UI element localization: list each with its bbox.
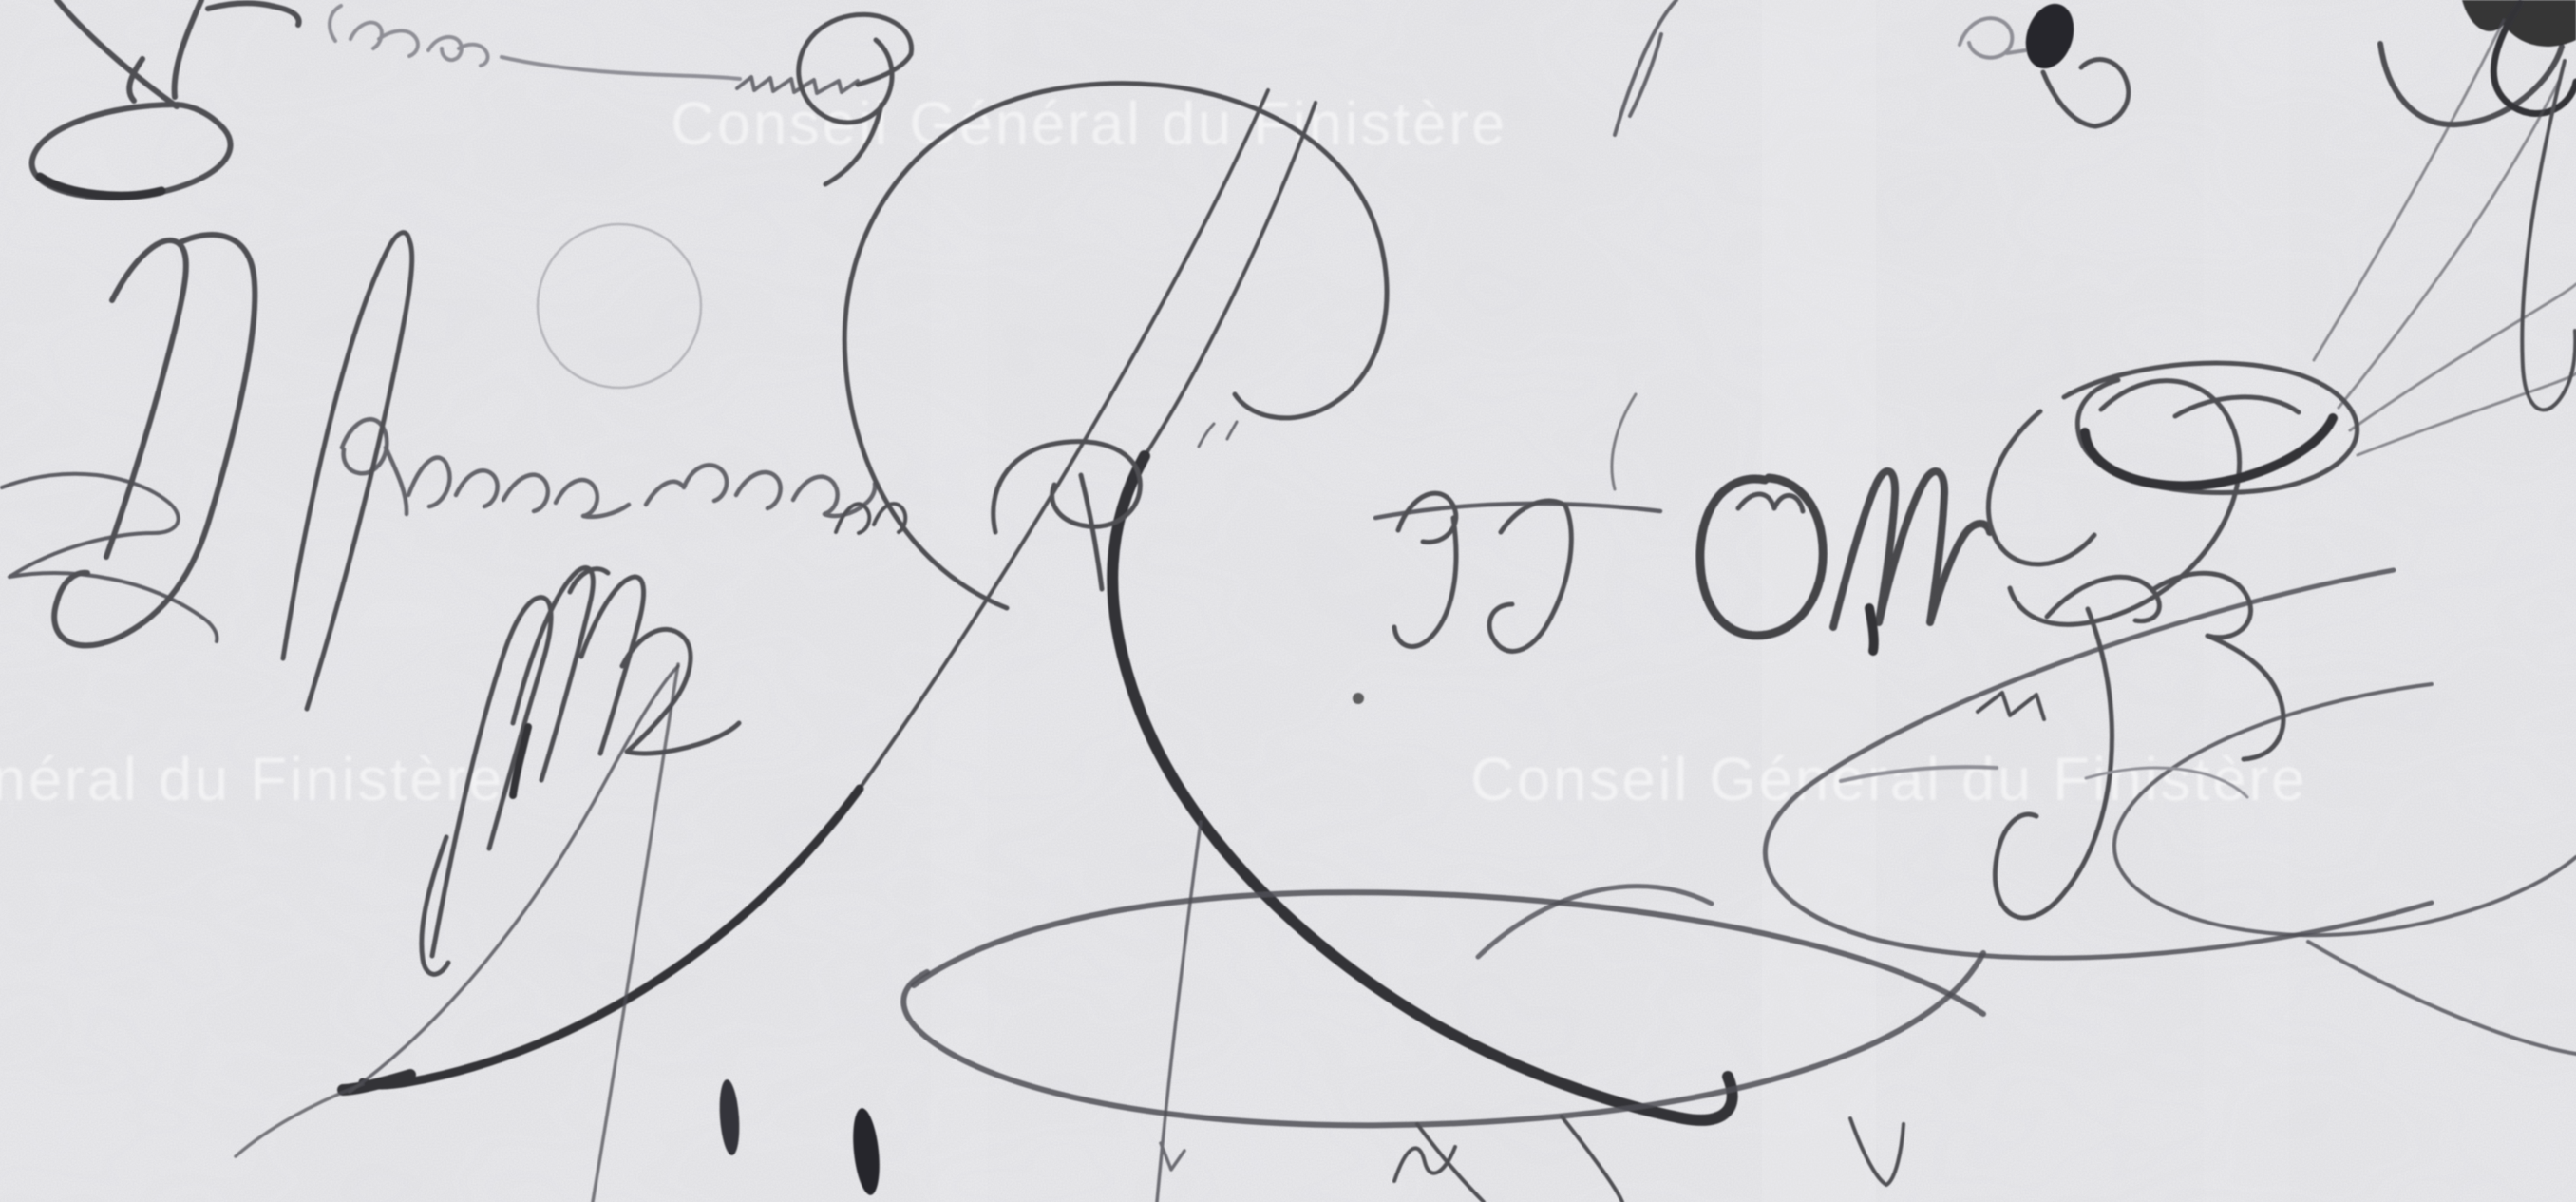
- scan-grain: [0, 0, 2576, 1202]
- manuscript-canvas: Conseil Général du Finistère Conseil Gén…: [0, 0, 2576, 1202]
- watermark-text-middle-left: Conseil Général du Finistère: [0, 745, 504, 813]
- watermark-text-top: Conseil Général du Finistère: [671, 89, 1507, 158]
- ink-dot: [1353, 693, 1364, 704]
- watermark-text-middle-right: Conseil Général du Finistère: [1470, 745, 2307, 813]
- letter-y-foot: [1869, 608, 1874, 651]
- scanned-document: Conseil Général du Finistère Conseil Gén…: [0, 0, 2576, 1202]
